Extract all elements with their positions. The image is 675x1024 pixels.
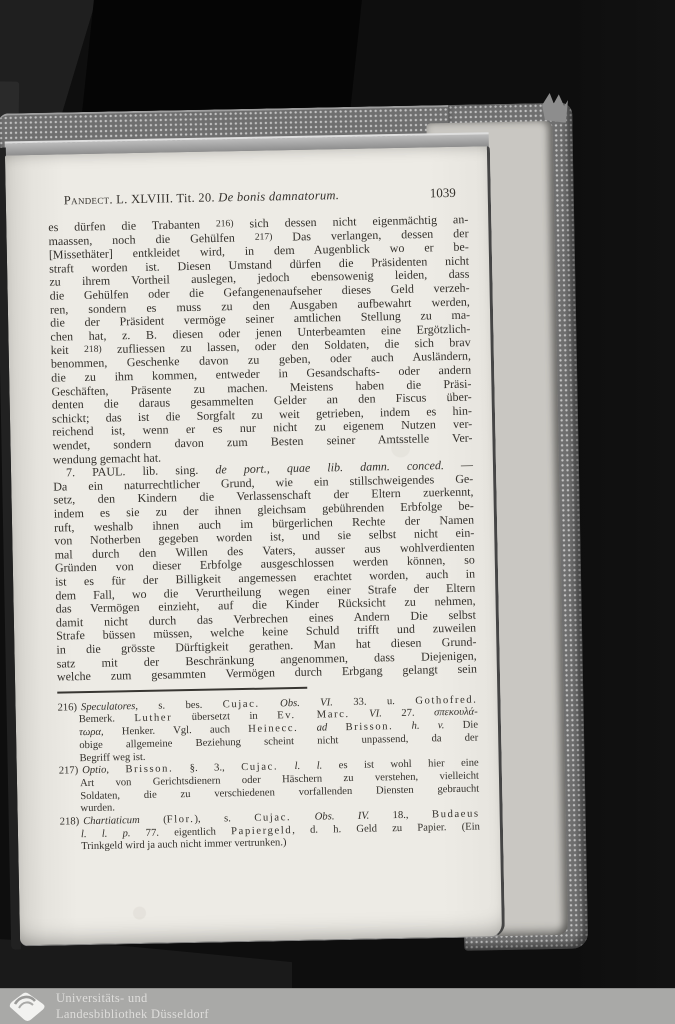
footnote-number: 217): [59, 765, 83, 776]
scan-view: Pandect. L. XLVIII. Tit. 20. De bonis da…: [0, 0, 675, 1024]
banner-line2: Landesbibliothek Düsseldorf: [56, 1007, 209, 1023]
page-content: Pandect. L. XLVIII. Tit. 20. De bonis da…: [48, 185, 481, 855]
footnote-number: 216): [57, 702, 81, 713]
ulb-duesseldorf-logo-icon: [7, 991, 47, 1023]
running-title-cite: L. XLVIII. Tit. 20.: [113, 190, 219, 206]
footnote-separator: [57, 686, 307, 693]
running-title-latin: De bonis damnatorum.: [218, 188, 339, 204]
book: Pandect. L. XLVIII. Tit. 20. De bonis da…: [0, 72, 594, 967]
body-text: es dürfen die Trabanten 216) sich dessen…: [48, 213, 477, 685]
footnote: 218)Chartiaticum (Flor.), s. Cujac. Obs.…: [60, 809, 481, 855]
banner-text: Universitäts- und Landesbibliothek Düsse…: [56, 991, 209, 1022]
footnote: 216)Speculatores, s. bes. Cujac. Obs. VI…: [57, 694, 478, 766]
running-title-pandect: Pandect.: [64, 192, 113, 207]
footnote: 217)Optio, Brisson. §. 3., Cujac. l. l. …: [59, 758, 480, 817]
cover-fray: [542, 93, 569, 123]
banner-line1: Universitäts- und: [56, 991, 209, 1007]
footnotes: 216)Speculatores, s. bes. Cujac. Obs. VI…: [57, 694, 480, 854]
library-banner: Universitäts- und Landesbibliothek Düsse…: [0, 988, 675, 1024]
book-page: Pandect. L. XLVIII. Tit. 20. De bonis da…: [5, 146, 505, 946]
page-header: Pandect. L. XLVIII. Tit. 20. De bonis da…: [48, 185, 468, 209]
running-title: Pandect. L. XLVIII. Tit. 20. De bonis da…: [64, 188, 340, 208]
footnote-number: 218): [60, 816, 84, 827]
page-number: 1039: [430, 185, 468, 201]
